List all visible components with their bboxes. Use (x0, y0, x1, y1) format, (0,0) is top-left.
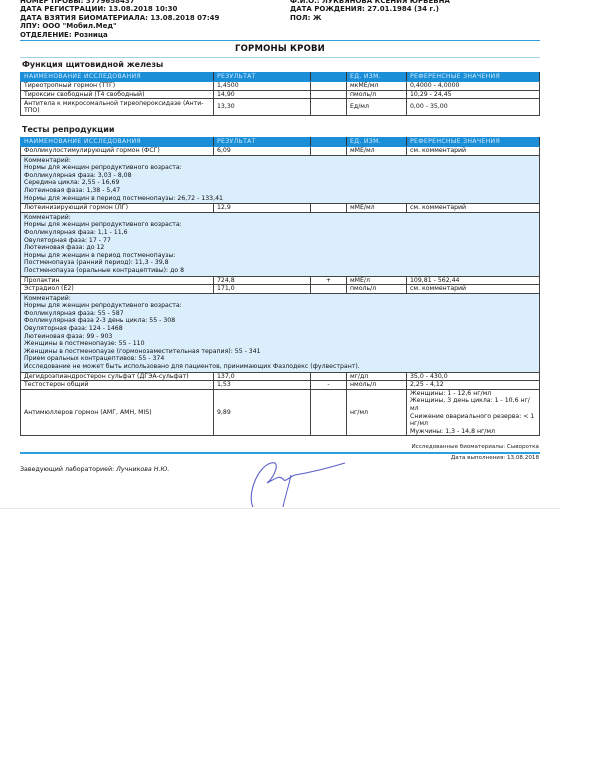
results-table-thyroid: НАИМЕНОВАНИЕ ИССЛЕДОВАНИЯРЕЗУЛЬТАТЕД. ИЗ… (20, 72, 540, 116)
table-row: Лютеинизирующий гормон (ЛГ)12,9мМЕ/млсм.… (21, 204, 540, 213)
reference-range: 10,29 - 24,45 (407, 90, 540, 99)
unit: нг/мл (347, 389, 407, 436)
section-title-reproduction: Тесты репродукции (22, 125, 114, 134)
clinic: ЛПУ: ООО "Мобил.Мед" (20, 22, 219, 30)
comment-line: Фолликулярная фаза 2-3 день цикла: 55 - … (24, 317, 536, 325)
unit: пмоль/л (347, 90, 407, 99)
column-header: РЕЗУЛЬТАТ (214, 138, 311, 147)
sampling-date: ДАТА ВЗЯТИЯ БИОМАТЕРИАЛА: 13.08.2018 07:… (20, 14, 219, 22)
comment-line: Овуляторная фаза: 124 - 1468 (24, 325, 536, 333)
comment-line: Фолликулярная фаза: 1,1 - 11,6 (24, 229, 536, 237)
reference-range: см. комментарий (407, 285, 540, 294)
test-name: Фолликулостимулирующий гормон (ФСГ) (21, 147, 214, 156)
comment-line: Середина цикла: 2,55 - 16,69 (24, 179, 536, 187)
test-name: Тироксин свободный (Т4 свободный) (21, 90, 214, 99)
table-row: Тироксин свободный (Т4 свободный)14,90пм… (21, 90, 540, 99)
test-name: Эстрадиол (Е2) (21, 285, 214, 294)
result-value: 137,0 (214, 372, 311, 381)
comment-line: Комментарий: (24, 214, 536, 222)
reference-range: см. комментарий (407, 147, 540, 156)
birth-date: ДАТА РОЖДЕНИЯ: 27.01.1984 (34 г.) (290, 5, 450, 13)
comment-block: Комментарий:Нормы для женщин репродуктив… (21, 293, 540, 372)
unit: пмоль/л (347, 285, 407, 294)
test-name: Пролактин (21, 276, 214, 285)
flag (311, 372, 347, 381)
section-title-thyroid: Функция щитовидной железы (22, 60, 163, 69)
unit: мМЕ/мл (347, 204, 407, 213)
flag (311, 90, 347, 99)
unit: мг/дл (347, 372, 407, 381)
reference-line: Женщины, 3 день цикла: 1 - 10,6 нг/мл (410, 397, 536, 412)
test-name: Лютеинизирующий гормон (ЛГ) (21, 204, 214, 213)
sex: ПОЛ: Ж (290, 14, 450, 22)
result-value: 13,30 (214, 99, 311, 116)
column-header (311, 73, 347, 82)
comment-line: Нормы для женщин в период постменопаузы:… (24, 195, 536, 203)
unit: мМЕ/л (347, 276, 407, 285)
result-value: 171,0 (214, 285, 311, 294)
reference-line: Мужчины: 1,3 - 14,8 нг/мл (410, 428, 536, 436)
comment-line: Лютеиновая фаза: 1,38 - 5,47 (24, 187, 536, 195)
completion-date: Дата выполнения: 13.08.2018 (451, 455, 539, 461)
reference-range: 2,25 - 4,12 (407, 381, 540, 390)
result-value: 724,8 (214, 276, 311, 285)
reference-range: 109,81 - 562,44 (407, 276, 540, 285)
comment-line: Лютеиновая фаза: 99 - 903 (24, 333, 536, 341)
comment-line: Прием оральных контрацептивов: 55 - 374 (24, 355, 536, 363)
divider (20, 40, 540, 41)
table-row: Тиреотропный гормон (ТТГ)1,4500мкМЕ/мл0,… (21, 82, 540, 91)
sample-info: НОМЕР ПРОБЫ: 3779658437 ДАТА РЕГИСТРАЦИИ… (20, 0, 219, 39)
test-name: Тестостерон общий (21, 381, 214, 390)
table-row: Эстрадиол (Е2)171,0пмоль/лсм. комментари… (21, 285, 540, 294)
table-row: Антитела к микросомальной тиреопероксида… (21, 99, 540, 116)
flag (311, 99, 347, 116)
flag: - (311, 381, 347, 390)
table-row: Тестостерон общий1,53-нмоль/л2,25 - 4,12 (21, 381, 540, 390)
comment-line: Комментарий: (24, 295, 536, 303)
column-header: НАИМЕНОВАНИЕ ИССЛЕДОВАНИЯ (21, 138, 214, 147)
result-value: 6,09 (214, 147, 311, 156)
page-title: ГОРМОНЫ КРОВИ (0, 44, 560, 54)
column-header: ЕД. ИЗМ. (347, 73, 407, 82)
comment-line: Исследование не может быть использовано … (24, 363, 536, 371)
divider (20, 452, 540, 454)
column-header: ЕД. ИЗМ. (347, 138, 407, 147)
test-name: Антимюллеров гормон (АМГ, АМН, MIS) (21, 389, 214, 436)
reference-range: 0,4000 - 4,0000 (407, 82, 540, 91)
comment-line: Нормы для женщин репродуктивного возраст… (24, 164, 536, 172)
table-row: Дегидроэпиандростерон сульфат (ДГЭА-суль… (21, 372, 540, 381)
unit: Ед/мл (347, 99, 407, 116)
reference-range: см. комментарий (407, 204, 540, 213)
flag (311, 204, 347, 213)
comment-line: Нормы для женщин репродуктивного возраст… (24, 221, 536, 229)
flag: + (311, 276, 347, 285)
unit: мкМЕ/мл (347, 82, 407, 91)
comment-line: Постменопауза (ранний период): 11,3 - 39… (24, 259, 536, 267)
column-header: РЕФЕРЕНСНЫЕ ЗНАЧЕНИЯ (407, 73, 540, 82)
biomaterial-note: Исследованные биоматериалы: Сыворотка (411, 444, 539, 450)
column-header: НАИМЕНОВАНИЕ ИССЛЕДОВАНИЯ (21, 73, 214, 82)
column-header (311, 138, 347, 147)
flag (311, 147, 347, 156)
patient-info: Ф.И.О.: ЛУКЬЯНОВА КСЕНИЯ ЮРЬЕВНА ДАТА РО… (290, 0, 450, 22)
result-value: 9,89 (214, 389, 311, 436)
department: ОТДЕЛЕНИЕ: Розница (20, 31, 219, 39)
test-name: Антитела к микросомальной тиреопероксида… (21, 99, 214, 116)
comment-block: Комментарий:Нормы для женщин репродуктив… (21, 212, 540, 276)
comment-line: Лютеиновая фаза: до 12 (24, 244, 536, 252)
comment-line: Женщины в постменопаузе (гормонозаместит… (24, 348, 536, 356)
result-value: 1,4500 (214, 82, 311, 91)
comment-line: Нормы для женщин репродуктивного возраст… (24, 302, 536, 310)
lab-head: Заведующий лабораторией: Лучникова Н.Ю. (20, 466, 169, 473)
result-value: 1,53 (214, 381, 311, 390)
reference-range: Женщины: 1 - 12,6 нг/млЖенщины, 3 день ц… (407, 389, 540, 436)
table-row: Пролактин724,8+мМЕ/л109,81 - 562,44 (21, 276, 540, 285)
table-row: Антимюллеров гормон (АМГ, АМН, MIS)9,89н… (21, 389, 540, 436)
comment-line: Постменопауза (оральные контрацептивы): … (24, 267, 536, 275)
reference-line: Снижение овариального резерва: < 1 нг/мл (410, 413, 536, 428)
reference-line: Женщины: 1 - 12,6 нг/мл (410, 390, 536, 398)
comment-line: Женщины в постменопаузе: 55 - 110 (24, 340, 536, 348)
comment-line: Фолликулярная фаза: 55 - 587 (24, 310, 536, 318)
results-table-reproduction: НАИМЕНОВАНИЕ ИССЛЕДОВАНИЯРЕЗУЛЬТАТЕД. ИЗ… (20, 137, 540, 436)
result-value: 14,90 (214, 90, 311, 99)
unit: мМЕ/мл (347, 147, 407, 156)
flag (311, 285, 347, 294)
flag (311, 389, 347, 436)
comment-line: Комментарий: (24, 157, 536, 165)
test-name: Дегидроэпиандростерон сульфат (ДГЭА-суль… (21, 372, 214, 381)
flag (311, 82, 347, 91)
column-header: РЕЗУЛЬТАТ (214, 73, 311, 82)
reference-range: 35,0 - 430,0 (407, 372, 540, 381)
registration-date: ДАТА РЕГИСТРАЦИИ: 13.08.2018 10:30 (20, 5, 219, 13)
comment-line: Овуляторная фаза: 17 - 77 (24, 237, 536, 245)
comment-block: Комментарий:Нормы для женщин репродуктив… (21, 155, 540, 204)
result-value: 12,9 (214, 204, 311, 213)
test-name: Тиреотропный гормон (ТТГ) (21, 82, 214, 91)
reference-range: 0,00 - 35,00 (407, 99, 540, 116)
table-row: Фолликулостимулирующий гормон (ФСГ)6,09м… (21, 147, 540, 156)
signature (245, 455, 355, 510)
unit: нмоль/л (347, 381, 407, 390)
page-bottom-edge (0, 508, 560, 509)
comment-line: Фолликулярная фаза: 3,03 - 8,08 (24, 172, 536, 180)
divider (20, 57, 540, 58)
column-header: РЕФЕРЕНСНЫЕ ЗНАЧЕНИЯ (407, 138, 540, 147)
